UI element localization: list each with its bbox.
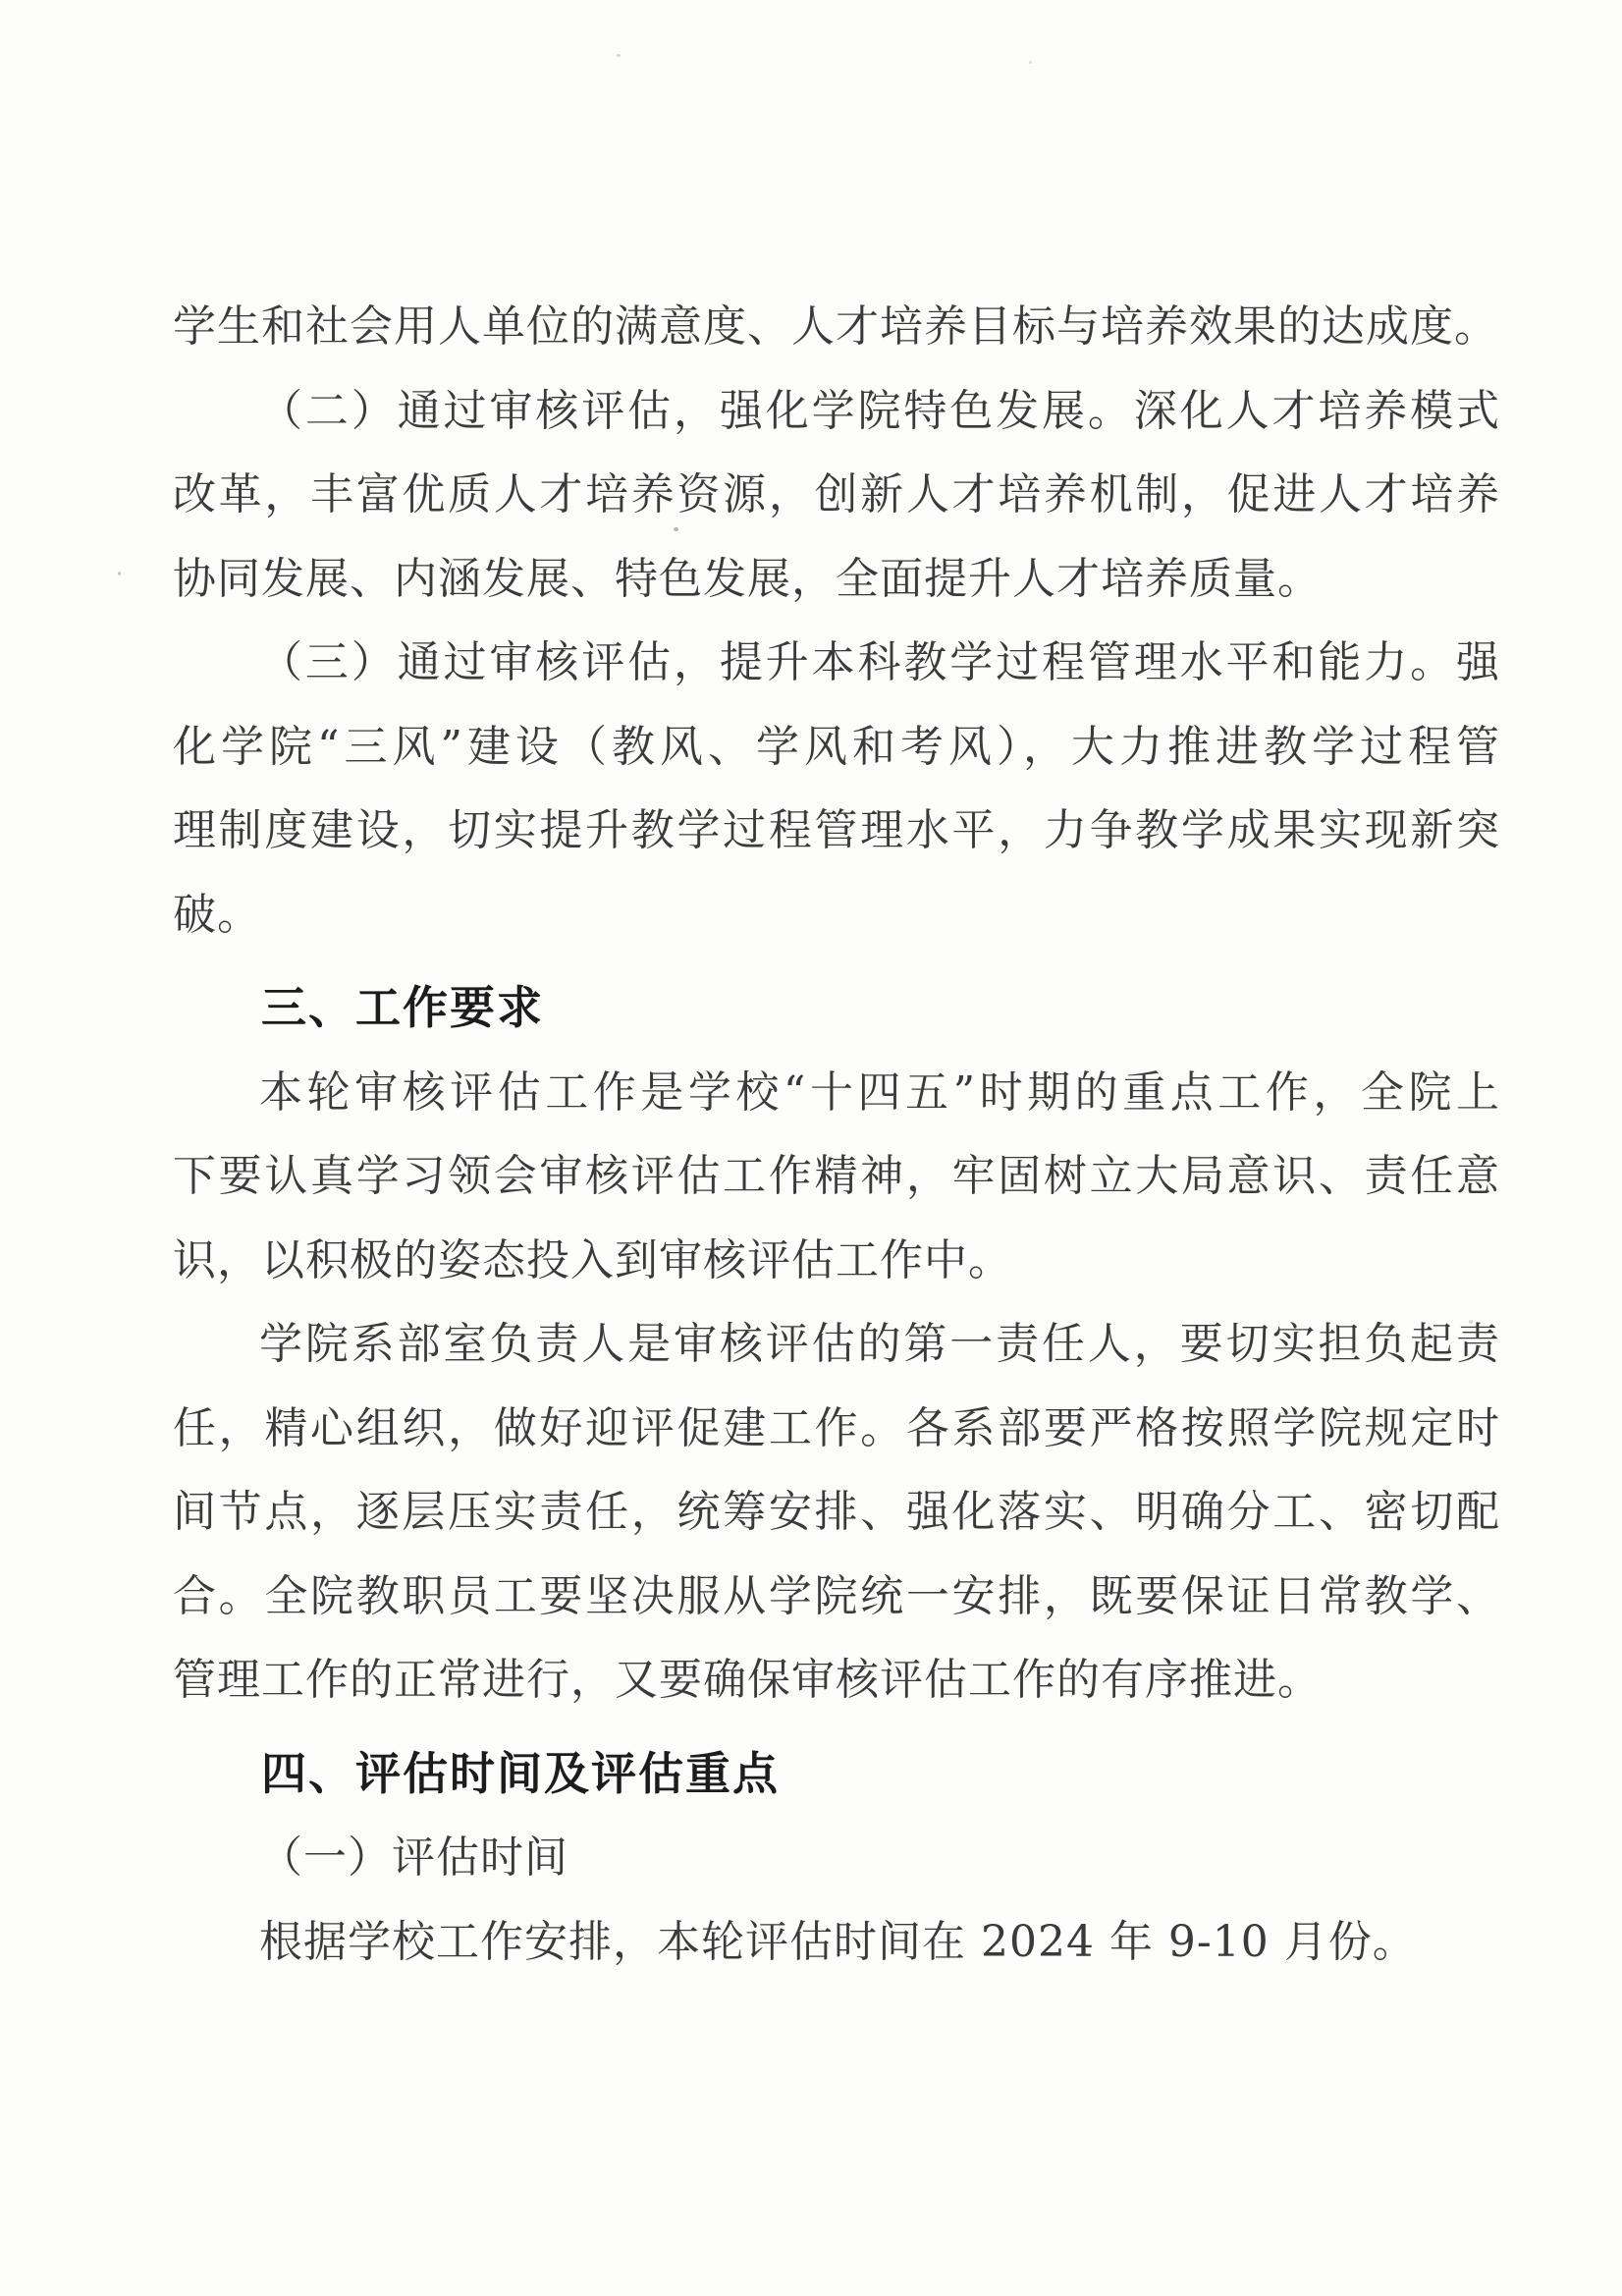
text-line-4: 协同发展、内涵发展、特色发展，全面提升人才培养质量。 xyxy=(173,537,1500,622)
text-line-8: 破。 xyxy=(173,873,1500,957)
text-line-17: 管理工作的正常进行，又要确保审核评估工作的有序推进。 xyxy=(173,1638,1500,1722)
scan-speck xyxy=(617,54,621,57)
text-line-1: 学生和社会用人单位的满意度、人才培养目标与培养效果的达成度。 xyxy=(173,285,1500,369)
section-heading-3: 三、工作要求 xyxy=(173,966,1500,1051)
text-line-3: 改革，丰富优质人才培养资源，创新人才培养机制，促进人才培养 xyxy=(173,453,1500,537)
scan-speck xyxy=(1029,61,1032,64)
text-line-13: 学院系部室负责人是审核评估的第一责任人，要切实担负起责 xyxy=(173,1302,1500,1387)
document-body: 学生和社会用人单位的满意度、人才培养目标与培养效果的达成度。 （二）通过审核评估… xyxy=(173,285,1500,1984)
scanned-document-page: 学生和社会用人单位的满意度、人才培养目标与培养效果的达成度。 （二）通过审核评估… xyxy=(0,0,1622,2296)
text-line-20: 根据学校工作安排，本轮评估时间在 2024 年 9-10 月份。 xyxy=(173,1900,1500,1985)
text-line-12: 识，以积极的姿态投入到审核评估工作中。 xyxy=(173,1219,1500,1303)
text-line-15: 间节点，逐层压实责任，统筹安排、强化落实、明确分工、密切配 xyxy=(173,1470,1500,1555)
subsection-line-1: （一）评估时间 xyxy=(173,1816,1500,1900)
section-heading-4: 四、评估时间及评估重点 xyxy=(173,1732,1500,1817)
scan-speck xyxy=(118,572,121,575)
text-line-11: 下要认真学习领会审核评估工作精神，牢固树立大局意识、责任意 xyxy=(173,1134,1500,1219)
text-line-14: 任，精心组织，做好迎评促建工作。各系部要严格按照学院规定时 xyxy=(173,1387,1500,1471)
text-line-10: 本轮审核评估工作是学校“十四五”时期的重点工作，全院上 xyxy=(173,1051,1500,1135)
scan-speck xyxy=(674,527,678,531)
text-line-7: 理制度建设，切实提升教学过程管理水平，力争教学成果实现新突 xyxy=(173,789,1500,873)
text-line-6: 化学院“三风”建设（教风、学风和考风），大力推进教学过程管 xyxy=(173,705,1500,790)
text-line-2: （二）通过审核评估，强化学院特色发展。深化人才培养模式 xyxy=(173,369,1500,454)
text-line-16: 合。全院教职员工要坚决服从学院统一安排，既要保证日常教学、 xyxy=(173,1555,1500,1639)
scan-speck xyxy=(1469,1320,1473,1324)
text-line-5: （三）通过审核评估，提升本科教学过程管理水平和能力。强 xyxy=(173,621,1500,705)
